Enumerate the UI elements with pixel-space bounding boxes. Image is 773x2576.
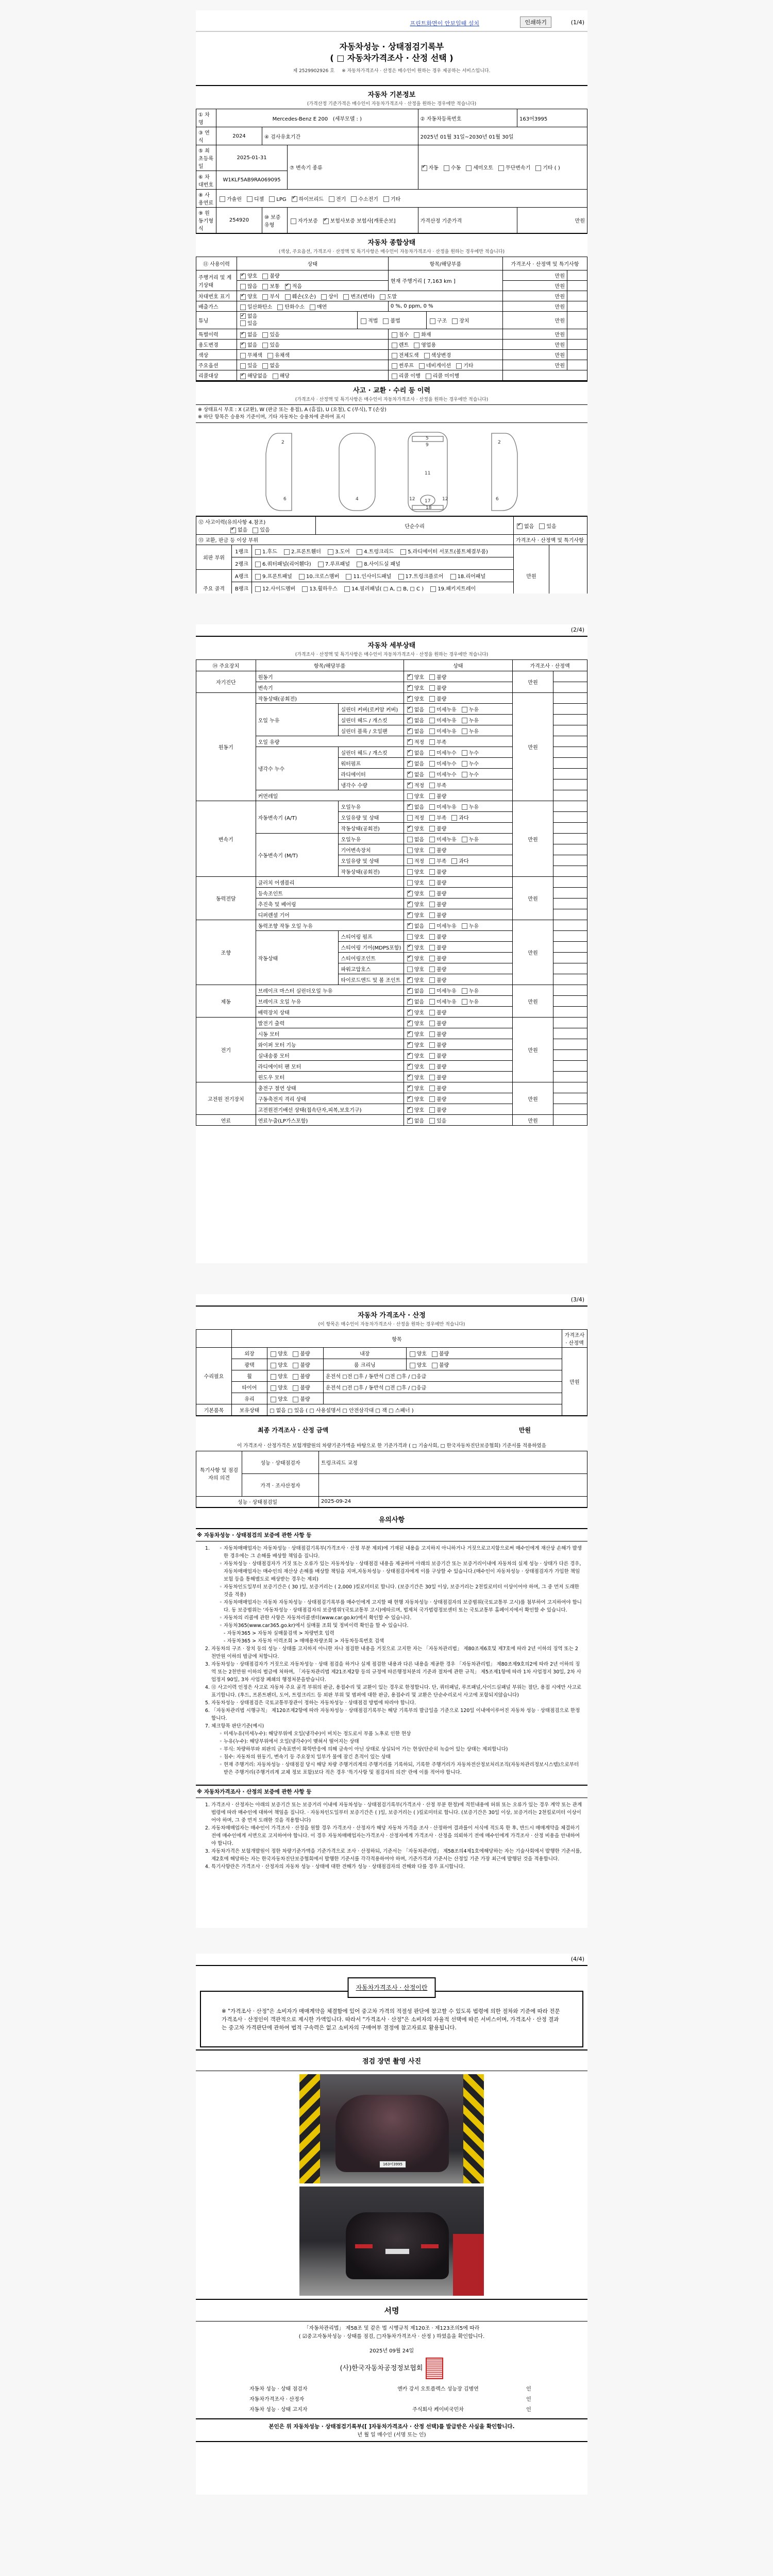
checkbox[interactable] bbox=[407, 1107, 413, 1113]
car-name: Mercedes-Benz E 200 bbox=[273, 116, 328, 122]
checkbox[interactable] bbox=[310, 304, 315, 310]
checkbox[interactable] bbox=[407, 902, 413, 907]
option: 미세누유 bbox=[428, 805, 457, 810]
checkbox[interactable] bbox=[407, 707, 413, 713]
checkbox[interactable] bbox=[230, 528, 236, 533]
option: 양호 bbox=[406, 1108, 424, 1113]
checkbox[interactable] bbox=[422, 165, 427, 171]
checkbox[interactable] bbox=[407, 815, 413, 821]
checkbox[interactable] bbox=[220, 196, 225, 202]
table-row: 외판 부위1랭크1.후드 2.프론트휀더 3.도어 4.트렁크리드 5.라디에이… bbox=[196, 545, 587, 557]
option: 누유 bbox=[461, 924, 479, 929]
option: 있음 bbox=[261, 332, 279, 338]
option: 리콜 미이행 bbox=[425, 374, 459, 379]
checkbox[interactable] bbox=[240, 332, 246, 338]
option: 불량 bbox=[428, 945, 446, 951]
checkbox[interactable] bbox=[380, 294, 385, 300]
checkbox[interactable] bbox=[292, 196, 297, 202]
checkbox[interactable] bbox=[343, 294, 349, 300]
opinion-label: 특기사항 및 점검자의 의견 bbox=[196, 1451, 242, 1496]
checkbox[interactable] bbox=[429, 739, 435, 745]
checkbox[interactable] bbox=[240, 274, 246, 279]
checkbox[interactable] bbox=[429, 1086, 435, 1091]
option: 부족 bbox=[428, 816, 446, 821]
checkbox[interactable] bbox=[361, 318, 366, 324]
option: 불량 bbox=[428, 956, 446, 962]
checkbox[interactable] bbox=[429, 988, 435, 994]
table-row: 동력전달클러치 어셈블리양호불량만원 bbox=[196, 877, 587, 888]
option: 없음 bbox=[406, 999, 424, 1005]
signature-title: 서명 bbox=[196, 2305, 587, 2316]
checkbox[interactable] bbox=[462, 804, 467, 810]
checkbox[interactable] bbox=[407, 826, 413, 832]
checkbox[interactable] bbox=[419, 363, 425, 369]
checkbox[interactable] bbox=[429, 815, 435, 821]
checkbox[interactable] bbox=[284, 549, 290, 555]
option: 불량 bbox=[428, 848, 446, 854]
checkbox[interactable] bbox=[407, 761, 413, 767]
checkbox[interactable] bbox=[432, 1351, 438, 1357]
checkbox[interactable] bbox=[429, 793, 435, 799]
checkbox[interactable] bbox=[451, 858, 457, 864]
svg-text:5: 5 bbox=[426, 436, 429, 441]
checkbox[interactable] bbox=[429, 750, 435, 756]
checkbox[interactable] bbox=[407, 967, 413, 972]
option: 적정 bbox=[406, 859, 424, 865]
checkbox[interactable] bbox=[429, 891, 435, 896]
checkbox[interactable] bbox=[285, 284, 291, 290]
checkbox[interactable] bbox=[456, 363, 462, 369]
checkbox[interactable] bbox=[299, 574, 305, 580]
checkbox[interactable] bbox=[539, 523, 545, 529]
detail-status-note: (가격조사 · 산정액 및 특기사항은 매수인이 자동차가격조사 · 산정을 원… bbox=[196, 651, 587, 657]
checkbox[interactable] bbox=[432, 1363, 438, 1368]
checkbox[interactable] bbox=[383, 318, 389, 324]
checkbox[interactable] bbox=[407, 988, 413, 994]
option: 양호 bbox=[406, 956, 424, 962]
checkbox[interactable] bbox=[407, 977, 413, 983]
svg-text:11: 11 bbox=[425, 471, 430, 476]
checkbox[interactable] bbox=[271, 1397, 276, 1402]
checkbox[interactable] bbox=[462, 718, 467, 723]
checkbox[interactable] bbox=[429, 912, 435, 918]
option: 하이브리드 bbox=[291, 197, 324, 202]
checkbox[interactable] bbox=[429, 783, 435, 788]
basic-info-table: ① 차명 Mercedes-Benz E 200 (세부모델 : ) ② 자동차… bbox=[196, 109, 587, 234]
checkbox[interactable] bbox=[410, 1363, 415, 1368]
checkbox[interactable] bbox=[429, 772, 435, 777]
checkbox[interactable] bbox=[407, 718, 413, 723]
checkbox[interactable] bbox=[407, 934, 413, 940]
checkbox[interactable] bbox=[462, 707, 467, 713]
checkbox[interactable] bbox=[462, 772, 467, 777]
option: 전체도색 bbox=[391, 353, 419, 359]
checkbox[interactable] bbox=[269, 196, 275, 202]
checkbox[interactable] bbox=[414, 332, 419, 338]
checkbox[interactable] bbox=[407, 1086, 413, 1091]
page-number: (2/4) bbox=[571, 626, 584, 633]
checkbox[interactable] bbox=[407, 728, 413, 734]
option: 양호 bbox=[406, 675, 424, 681]
checkbox[interactable] bbox=[407, 685, 413, 691]
checkbox[interactable] bbox=[392, 353, 397, 359]
checkbox[interactable] bbox=[429, 945, 435, 951]
checkbox[interactable] bbox=[429, 718, 435, 723]
checkbox[interactable] bbox=[429, 696, 435, 702]
checkbox[interactable] bbox=[329, 196, 334, 202]
option: 불량 bbox=[428, 686, 446, 691]
option: 미세누유 bbox=[428, 999, 457, 1005]
checkbox[interactable] bbox=[430, 586, 436, 592]
checkbox[interactable] bbox=[407, 1096, 413, 1102]
checkbox[interactable] bbox=[318, 562, 324, 567]
checkbox[interactable] bbox=[302, 586, 308, 592]
option: 없음 bbox=[406, 989, 424, 994]
final-price-unit: 만원 bbox=[519, 1426, 531, 1434]
table-row: 조향동력조향 작동 오일 누유없음미세누유누유만원 bbox=[196, 920, 587, 931]
checkbox[interactable] bbox=[462, 750, 467, 756]
checkbox[interactable] bbox=[271, 1351, 276, 1357]
checkbox[interactable] bbox=[430, 318, 435, 324]
checkbox[interactable] bbox=[398, 574, 404, 580]
checkbox[interactable] bbox=[407, 750, 413, 756]
checkbox[interactable] bbox=[429, 902, 435, 907]
checkbox[interactable] bbox=[277, 304, 283, 310]
checkbox[interactable] bbox=[240, 313, 246, 319]
checkbox[interactable] bbox=[407, 1075, 413, 1080]
checkbox[interactable] bbox=[407, 783, 413, 788]
checkbox[interactable] bbox=[262, 363, 268, 369]
option: 양호 bbox=[406, 848, 424, 854]
checkbox[interactable] bbox=[407, 858, 413, 864]
checkbox[interactable] bbox=[462, 728, 467, 734]
checkbox[interactable] bbox=[247, 196, 253, 202]
checkbox[interactable] bbox=[240, 353, 246, 359]
checkbox[interactable] bbox=[414, 343, 419, 348]
checkbox[interactable] bbox=[357, 562, 362, 567]
checkbox[interactable] bbox=[407, 1031, 413, 1037]
checkbox[interactable] bbox=[407, 869, 413, 875]
reg-number: 163어3995 bbox=[517, 109, 587, 127]
checkbox[interactable] bbox=[271, 1363, 276, 1368]
checkbox[interactable] bbox=[429, 848, 435, 853]
checkbox[interactable] bbox=[293, 1363, 298, 1368]
checkbox[interactable] bbox=[407, 891, 413, 896]
checkbox[interactable] bbox=[410, 1351, 415, 1357]
checkbox[interactable] bbox=[407, 1118, 413, 1124]
checkbox[interactable] bbox=[255, 562, 261, 567]
checkbox[interactable] bbox=[407, 772, 413, 777]
table-row: 리콜대상해당없음해당리콜 이행리콜 미이행 bbox=[196, 370, 587, 381]
checkbox[interactable] bbox=[240, 320, 246, 326]
checkbox[interactable] bbox=[383, 196, 389, 202]
opinion-table: 특기사항 및 점검자의 의견 성능 · 상태점검자 트렁크리드 교정 가격 · … bbox=[196, 1451, 587, 1509]
checkbox[interactable] bbox=[429, 1031, 435, 1037]
checkbox[interactable] bbox=[407, 793, 413, 799]
option: 없음 bbox=[406, 924, 424, 929]
table-row: 연료연료누출(LP가스포함)없음있음만원 bbox=[196, 1115, 587, 1126]
photos-title: 점검 장면 촬영 사진 bbox=[196, 2056, 587, 2065]
option: 불량 bbox=[428, 794, 446, 800]
checkbox[interactable] bbox=[407, 1010, 413, 1015]
notes-title: 유의사항 bbox=[196, 1514, 587, 1524]
checkbox[interactable] bbox=[429, 934, 435, 940]
checkbox[interactable] bbox=[240, 363, 246, 369]
checkbox[interactable] bbox=[407, 912, 413, 918]
checkbox[interactable] bbox=[462, 837, 467, 842]
option: 없음 bbox=[239, 332, 257, 338]
checkbox[interactable] bbox=[429, 999, 435, 1005]
checkbox[interactable] bbox=[240, 294, 246, 300]
checkbox[interactable] bbox=[271, 1374, 276, 1380]
option: 수동 bbox=[443, 165, 461, 171]
option: 없음 bbox=[406, 761, 424, 767]
checkbox[interactable] bbox=[517, 523, 523, 529]
option: 양호 bbox=[406, 978, 424, 984]
checkbox[interactable] bbox=[429, 1064, 435, 1070]
checkbox[interactable] bbox=[293, 1351, 298, 1357]
checkbox[interactable] bbox=[407, 696, 413, 702]
checkbox[interactable] bbox=[321, 294, 327, 300]
table-row: 휠양호불량운전석 □전 □후 / 동반석 □전 □후 / □응급 bbox=[196, 1370, 587, 1382]
print-button[interactable]: 인쇄하기 bbox=[520, 16, 551, 28]
checkbox[interactable] bbox=[429, 880, 435, 886]
option: 구조 bbox=[429, 318, 447, 324]
option: 미세누수 bbox=[428, 751, 457, 756]
checkbox[interactable] bbox=[450, 574, 456, 580]
checkbox[interactable] bbox=[429, 1053, 435, 1059]
checkbox[interactable] bbox=[407, 880, 413, 886]
basic-info-note: (가격산정 기준가격은 매수인이 자동차가격조사 · 산정을 원하는 경우에만 … bbox=[196, 100, 587, 107]
checkbox[interactable] bbox=[429, 826, 435, 832]
checkbox[interactable] bbox=[293, 1385, 298, 1391]
checkbox[interactable] bbox=[346, 574, 351, 580]
option: 기타 ( ) bbox=[534, 165, 560, 171]
checkbox[interactable] bbox=[262, 332, 268, 338]
option: 미세누유 bbox=[428, 729, 457, 735]
option: 양호 bbox=[406, 1064, 424, 1070]
transmission-options: 자동수동세미오토무단변속기기타 ( ) bbox=[418, 145, 587, 190]
checkbox[interactable] bbox=[262, 294, 268, 300]
option: 양호 bbox=[406, 1086, 424, 1092]
table-row: 광택양호불량룸 크리닝양호불량 bbox=[196, 1359, 587, 1370]
checkbox[interactable] bbox=[462, 923, 467, 929]
checkbox[interactable] bbox=[429, 837, 435, 842]
checkbox[interactable] bbox=[429, 1118, 435, 1124]
document-number: 제 2529902926 호 bbox=[293, 69, 334, 74]
option: LPG bbox=[268, 197, 286, 202]
option: 있음 bbox=[251, 528, 270, 533]
label: 가격산정 기준가격 bbox=[418, 208, 517, 234]
checkbox[interactable] bbox=[407, 999, 413, 1005]
option: 많음 bbox=[239, 284, 257, 290]
submodel: (세부모델 : ) bbox=[333, 116, 362, 122]
print-help-link[interactable]: 프린트화면이 안보일때 설치 bbox=[410, 19, 479, 27]
checkbox[interactable] bbox=[444, 165, 449, 171]
option: 누수 bbox=[461, 761, 479, 767]
checkbox[interactable] bbox=[452, 318, 458, 324]
checkbox[interactable] bbox=[407, 945, 413, 951]
accident-title: 사고 · 교환 · 수리 등 이력 bbox=[196, 385, 587, 395]
engine-type: 254920 bbox=[216, 208, 262, 234]
checkbox[interactable] bbox=[462, 988, 467, 994]
checkbox[interactable] bbox=[293, 1397, 298, 1402]
car-outline-icon: 26 4 5911 1718 1212 26 bbox=[196, 423, 587, 516]
checkbox[interactable] bbox=[407, 1064, 413, 1070]
basic-info-title: 자동차 기본정보 bbox=[196, 89, 587, 99]
checkbox[interactable] bbox=[429, 967, 435, 972]
option: 있음 bbox=[239, 363, 257, 369]
page-gap bbox=[196, 1263, 587, 1294]
svg-text:6: 6 bbox=[283, 497, 287, 502]
checkbox[interactable] bbox=[407, 1042, 413, 1048]
detail-status-title: 자동차 세부상태 bbox=[196, 640, 587, 650]
checkbox[interactable] bbox=[429, 707, 435, 713]
inspection-photo-front: 163어3995 bbox=[299, 2074, 484, 2183]
checkbox[interactable] bbox=[498, 165, 504, 171]
option: 양호 bbox=[406, 891, 424, 897]
option: 보험사보증 보험사[캐롯손보] bbox=[322, 218, 396, 224]
checkbox[interactable] bbox=[429, 858, 435, 864]
option: 과다 bbox=[450, 816, 468, 821]
option: 없음 bbox=[516, 524, 534, 530]
option: 누유 bbox=[461, 999, 479, 1005]
option: 부족 bbox=[428, 859, 446, 865]
checkbox[interactable] bbox=[240, 284, 246, 290]
checkbox[interactable] bbox=[426, 374, 431, 379]
checkbox[interactable] bbox=[253, 528, 258, 533]
checkbox[interactable] bbox=[462, 761, 467, 767]
checkbox[interactable] bbox=[429, 1021, 435, 1026]
option: 불량 bbox=[428, 826, 446, 832]
label: ② 자동차등록번호 bbox=[418, 109, 517, 127]
checkbox[interactable] bbox=[429, 728, 435, 734]
checkbox[interactable] bbox=[407, 1053, 413, 1059]
checkbox[interactable] bbox=[400, 549, 406, 555]
option: 양호 bbox=[406, 1010, 424, 1016]
checkbox[interactable] bbox=[407, 739, 413, 745]
table-row: 주요옵션있음없음썬루프네비게이션기타만원 bbox=[196, 360, 587, 370]
checkbox[interactable] bbox=[407, 923, 413, 929]
option: 과다 bbox=[450, 859, 468, 865]
checkbox[interactable] bbox=[429, 685, 435, 691]
checkbox[interactable] bbox=[351, 196, 357, 202]
option: 불량 bbox=[428, 967, 446, 973]
svg-text:6: 6 bbox=[496, 497, 499, 502]
option: 수소전기 bbox=[350, 197, 378, 202]
svg-text:12: 12 bbox=[442, 497, 448, 502]
option: 양호 bbox=[406, 697, 424, 702]
page-number: (1/4) bbox=[571, 19, 584, 26]
checkbox[interactable] bbox=[285, 294, 291, 300]
table-row: 배출가스일산화탄소탄화수소매연0 %, 0 ppm, 0 %만원 bbox=[196, 301, 587, 312]
checkbox[interactable] bbox=[462, 999, 467, 1005]
checkbox[interactable] bbox=[271, 1385, 276, 1391]
checkbox[interactable] bbox=[429, 923, 435, 929]
option: 화재 bbox=[413, 332, 431, 338]
option: 적법 bbox=[360, 318, 378, 324]
checkbox[interactable] bbox=[429, 761, 435, 767]
option: 도말 bbox=[379, 294, 397, 300]
notes-list-2: 가격조사 · 산정자는 아래의 보증기간 또는 보증거리 이내에 자동차성능 ·… bbox=[196, 1798, 587, 1874]
checkbox[interactable] bbox=[451, 815, 457, 821]
checkbox[interactable] bbox=[273, 374, 278, 379]
checkbox[interactable] bbox=[392, 363, 397, 369]
option: 양호 bbox=[406, 945, 424, 951]
option: 변조(변타) bbox=[342, 294, 374, 300]
checkbox[interactable] bbox=[407, 674, 413, 680]
checkbox[interactable] bbox=[291, 218, 296, 224]
appraiser-label: 가격 · 조사산정자 bbox=[242, 1473, 319, 1496]
checkbox[interactable] bbox=[407, 804, 413, 810]
checkbox[interactable] bbox=[392, 332, 397, 338]
page-4: (4/4) 자동차가격조사 · 산정이란 ※ "가격조사 · 산정"은 소비자가… bbox=[196, 1954, 587, 2495]
checkbox[interactable] bbox=[429, 869, 435, 875]
checkbox[interactable] bbox=[429, 1075, 435, 1080]
checkbox[interactable] bbox=[255, 586, 261, 592]
checkbox[interactable] bbox=[407, 1021, 413, 1026]
option: 침수 bbox=[391, 332, 409, 338]
checkbox[interactable] bbox=[466, 165, 472, 171]
checkbox[interactable] bbox=[255, 574, 261, 580]
checkbox[interactable] bbox=[357, 549, 362, 555]
option: 양호 bbox=[406, 902, 424, 908]
option: 누유 bbox=[461, 989, 479, 994]
checkbox[interactable] bbox=[392, 374, 397, 379]
checkbox[interactable] bbox=[429, 956, 435, 961]
checkbox[interactable] bbox=[328, 549, 333, 555]
option: 렌트 bbox=[391, 343, 409, 348]
checkbox[interactable] bbox=[407, 837, 413, 842]
checkbox[interactable] bbox=[262, 274, 268, 279]
option: 불량 bbox=[428, 1075, 446, 1081]
checkbox[interactable] bbox=[429, 1096, 435, 1102]
option: 보통 bbox=[261, 284, 279, 290]
checkbox[interactable] bbox=[392, 343, 397, 348]
checkbox[interactable] bbox=[407, 848, 413, 853]
table-row: 특별이력없음있음침수화재만원 bbox=[196, 329, 587, 340]
checkbox[interactable] bbox=[429, 674, 435, 680]
checkbox[interactable] bbox=[255, 549, 261, 555]
label: ⑧ 사용연료 bbox=[196, 190, 216, 208]
checkbox[interactable] bbox=[323, 218, 329, 224]
option: 부족 bbox=[428, 783, 446, 789]
checkbox[interactable] bbox=[240, 343, 246, 348]
option: 양호 bbox=[406, 967, 424, 973]
checkbox[interactable] bbox=[535, 165, 541, 171]
option: 없음 bbox=[406, 837, 424, 843]
checkbox[interactable] bbox=[429, 1107, 435, 1113]
checkbox[interactable] bbox=[429, 977, 435, 983]
checkbox[interactable] bbox=[429, 804, 435, 810]
option: 불량 bbox=[428, 891, 446, 897]
option: 불량 bbox=[261, 274, 279, 279]
option: 무채색 bbox=[239, 353, 262, 359]
checkbox[interactable] bbox=[240, 374, 246, 379]
checkbox[interactable] bbox=[344, 586, 350, 592]
checkbox[interactable] bbox=[293, 1374, 298, 1380]
accident-note: (가격조사 · 산정액 및 특기사항은 매수인이 자동차가격조사 · 산정을 원… bbox=[196, 396, 587, 402]
checkbox[interactable] bbox=[407, 956, 413, 961]
checkbox[interactable] bbox=[240, 304, 246, 310]
checkbox[interactable] bbox=[267, 353, 273, 359]
checkbox[interactable] bbox=[429, 1010, 435, 1015]
checkbox[interactable] bbox=[262, 284, 268, 290]
checkbox[interactable] bbox=[429, 1042, 435, 1048]
checkbox[interactable] bbox=[424, 353, 430, 359]
license-plate: 163어3995 bbox=[379, 2161, 406, 2168]
checkbox[interactable] bbox=[262, 343, 268, 348]
